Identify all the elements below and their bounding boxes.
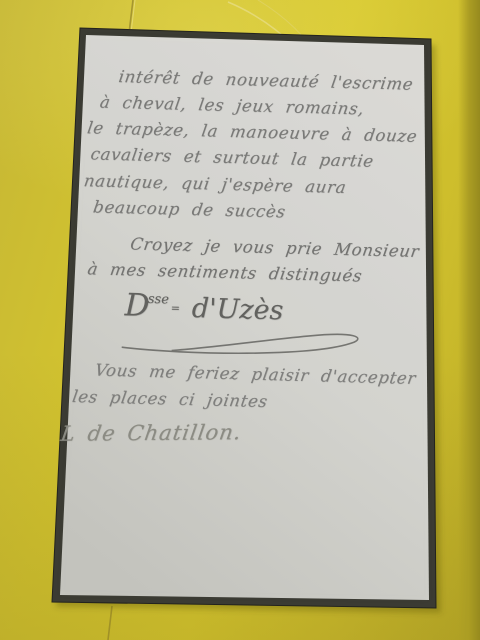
letter-line: à cheval, les jeux romains, (100, 93, 365, 119)
signature-superscript: sse (148, 292, 169, 308)
photo-background: intérêt de nouveauté l'escrime à cheval,… (0, 0, 480, 640)
closing-line: Croyez je vous prie Monsieur (130, 234, 419, 261)
letter-line: cavaliers et surtout la partie (91, 144, 375, 170)
pencil-signature: L de Chatillon. (59, 420, 243, 445)
postscript-line: les places ci jointes (72, 387, 268, 411)
letter-line-text: le trapèze, la manoeuvre à douze (86, 118, 419, 146)
closing-line-text: Croyez je vous prie Monsieur (129, 234, 421, 260)
letter-line: le trapèze, la manoeuvre à douze (87, 118, 417, 146)
closing-line-text: à mes sentiments distingués (86, 259, 363, 285)
signature-flourish (115, 321, 376, 364)
signature-name: d'Uzès (191, 293, 283, 326)
postscript-line-text: les places ci jointes (71, 387, 269, 411)
postscript-line-text: Vous me feriez plaisir d'accepter (94, 361, 418, 388)
letter-line-text: cavaliers et surtout la partie (89, 144, 375, 170)
signature-separator: = (170, 301, 180, 314)
letter-line: nautique, qui j'espère aura (84, 171, 347, 197)
letter-line-text: nautique, qui j'espère aura (83, 171, 348, 197)
signature-initial: D (124, 287, 150, 324)
letter-line-text: beaucoup de succès (92, 197, 287, 221)
postscript-line: Vous me feriez plaisir d'accepter (95, 361, 416, 388)
letter-line-text: à cheval, les jeux romains, (99, 93, 366, 119)
letter-line-text: intérêt de nouveauté l'escrime (117, 67, 414, 94)
letter-line: intérêt de nouveauté l'escrime (119, 67, 414, 94)
letter-text-layer: intérêt de nouveauté l'escrime à cheval,… (65, 30, 428, 611)
letter-line: beaucoup de succès (93, 197, 286, 221)
closing-line: à mes sentiments distingués (88, 259, 363, 285)
